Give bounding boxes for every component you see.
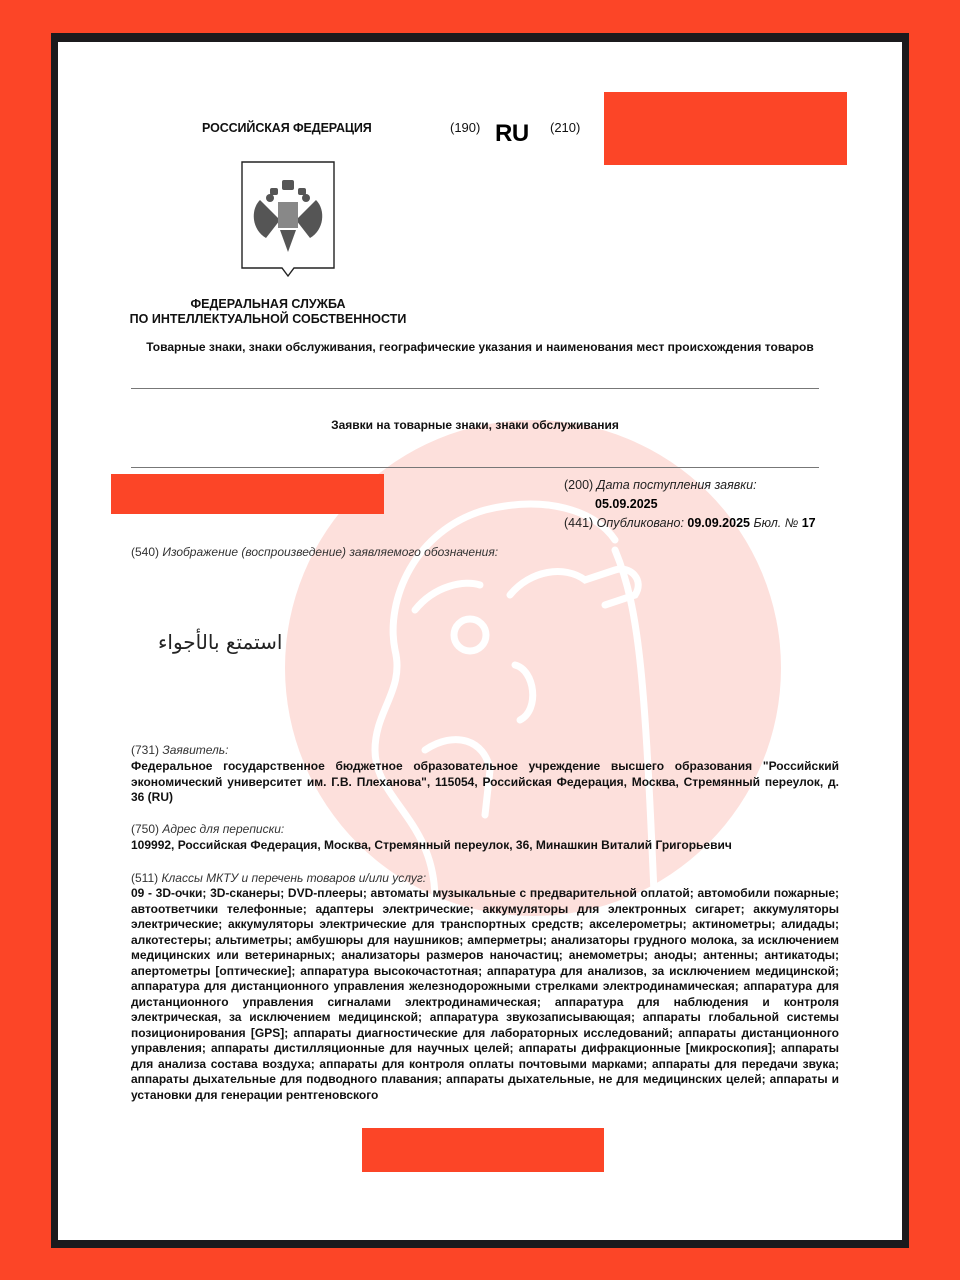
- bulletin-number: 17: [802, 516, 816, 530]
- agency-line-2: ПО ИНТЕЛЛЕКТУАЛЬНОЙ СОБСТВЕННОСТИ: [118, 312, 418, 327]
- published-row: (441) Опубликовано: 09.09.2025 Бюл. № 17: [564, 514, 816, 533]
- publication-category: Товарные знаки, знаки обслуживания, геог…: [58, 340, 902, 354]
- redacted-footer: [362, 1128, 604, 1172]
- correspondence-value: 109992, Российская Федерация, Москва, Ст…: [131, 838, 839, 854]
- applicant-label-text: Заявитель:: [162, 743, 228, 757]
- classes-label-text: Классы МКТУ и перечень товаров и/или усл…: [161, 871, 426, 885]
- classes-section: (511) Классы МКТУ и перечень товаров и/и…: [131, 871, 839, 1103]
- correspondence-label-text: Адрес для переписки:: [162, 822, 284, 836]
- country-code: RU: [495, 120, 529, 148]
- image-field-text: Изображение (воспроизведение) заявляемог…: [162, 545, 498, 559]
- country-name: РОССИЙСКАЯ ФЕДЕРАЦИЯ: [202, 121, 372, 135]
- inid-code-210: (210): [550, 120, 580, 135]
- redacted-application-number: [604, 92, 847, 165]
- trademark-image-text: استمتع بالأجواء: [158, 630, 282, 654]
- inid-code-511: (511): [131, 871, 158, 885]
- correspondence-section: (750) Адрес для переписки: 109992, Росси…: [131, 822, 839, 854]
- image-field-label: (540) Изображение (воспроизведение) заяв…: [131, 545, 498, 559]
- filing-date-label: Дата поступления заявки:: [597, 478, 757, 492]
- filing-date-value-row: 05.09.2025: [564, 495, 816, 514]
- russian-coat-of-arms-icon: [240, 160, 336, 282]
- application-meta: (200) Дата поступления заявки: 05.09.202…: [564, 476, 816, 533]
- correspondence-label: (750) Адрес для переписки:: [131, 822, 839, 836]
- filing-date-value: 05.09.2025: [595, 497, 658, 511]
- agency-name: ФЕДЕРАЛЬНАЯ СЛУЖБА ПО ИНТЕЛЛЕКТУАЛЬНОЙ С…: [118, 297, 418, 327]
- inid-code-540: (540): [131, 545, 159, 559]
- divider-bottom: [131, 467, 819, 468]
- filing-date-row: (200) Дата поступления заявки:: [564, 476, 816, 495]
- inid-code-731: (731): [131, 743, 159, 757]
- section-title: Заявки на товарные знаки, знаки обслужив…: [58, 418, 892, 432]
- divider-top: [131, 388, 819, 389]
- inid-code-190: (190): [450, 120, 480, 135]
- document-page: РОССИЙСКАЯ ФЕДЕРАЦИЯ (190) RU (210) ФЕДЕ…: [58, 42, 902, 1240]
- inid-code-441: (441): [564, 516, 593, 530]
- agency-line-1: ФЕДЕРАЛЬНАЯ СЛУЖБА: [118, 297, 418, 312]
- redacted-applicant-block: [111, 474, 384, 514]
- published-label: Опубликовано:: [597, 516, 684, 530]
- applicant-value: Федеральное государственное бюджетное об…: [131, 759, 839, 806]
- applicant-label: (731) Заявитель:: [131, 743, 839, 757]
- classes-value: 09 - 3D-очки; 3D-сканеры; DVD-плееры; ав…: [131, 886, 839, 1103]
- bulletin-label: Бюл. №: [753, 516, 798, 530]
- applicant-section: (731) Заявитель: Федеральное государстве…: [131, 743, 839, 806]
- inid-code-200: (200): [564, 478, 593, 492]
- inid-code-750: (750): [131, 822, 159, 836]
- classes-label: (511) Классы МКТУ и перечень товаров и/и…: [131, 871, 839, 885]
- published-date: 09.09.2025: [687, 516, 750, 530]
